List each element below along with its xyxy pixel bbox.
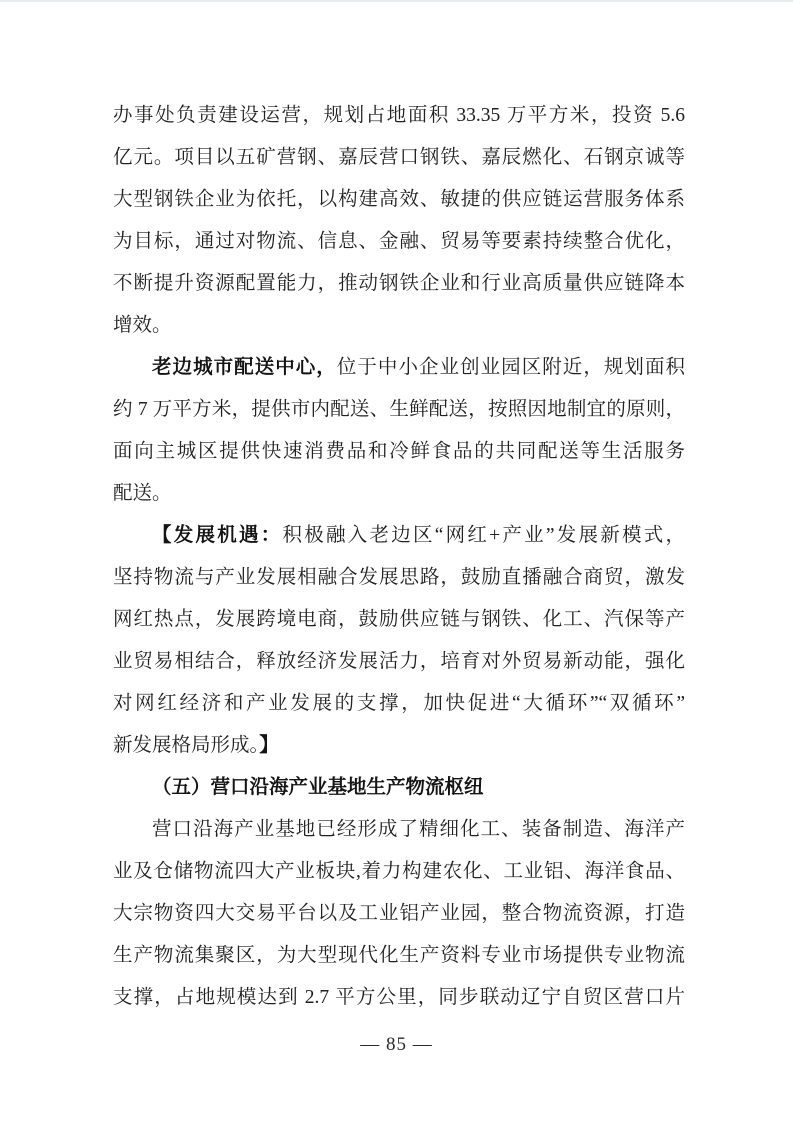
text-line: 老边城市配送中心，位于中小企业创业园区附近，规划面积 (113, 347, 685, 389)
text-line: 办事处负责建设运营，规划占地面积 33.35 万平方米，投资 5.6 (113, 95, 685, 137)
text-line: 配送。 (113, 473, 685, 515)
text-line: 业及仓储物流四大产业板块,着力构建农化、工业铝、海洋食品、 (113, 851, 685, 893)
text-line: 为目标，通过对物流、信息、金融、贸易等要素持续整合优化， (113, 221, 685, 263)
text-line: 营口沿海产业基地已经形成了精细化工、装备制造、海洋产 (113, 809, 685, 851)
line-text: 积极融入老边区“网红+产业”发展新模式， (282, 525, 685, 546)
text-line: 约 7 万平方米，提供市内配送、生鲜配送，按照因地制宜的原则， (113, 389, 685, 431)
line-text: 亿元。项目以五矿营钢、嘉辰营口钢铁、嘉辰燃化、石钢京诚等 (113, 147, 685, 168)
text-line: 网红热点，发展跨境电商，鼓励供应链与钢铁、化工、汽保等产 (113, 599, 685, 641)
text-line: 【发展机遇：积极融入老边区“网红+产业”发展新模式， (113, 515, 685, 557)
line-text: 办事处负责建设运营，规划占地面积 33.35 万平方米，投资 5.6 (113, 105, 685, 126)
line-text: 大宗物资四大交易平台以及工业铝产业园，整合物流资源，打造 (113, 903, 685, 924)
line-text: 位于中小企业创业园区附近，规划面积 (337, 357, 685, 378)
line-text: 约 7 万平方米，提供市内配送、生鲜配送，按照因地制宜的原则， (113, 399, 685, 420)
line-text: 生产物流集聚区，为大型现代化生产资料专业市场提供专业物流 (113, 945, 685, 966)
bold-lead: 【发展机遇： (152, 525, 282, 546)
text-line: 对网红经济和产业发展的支撑，加快促进“大循环”“双循环” (113, 683, 685, 725)
text-line: 大型钢铁企业为依托，以构建高效、敏捷的供应链运营服务体系 (113, 179, 685, 221)
bold-lead: 老边城市配送中心， (152, 357, 337, 378)
line-text: 面向主城区提供快速消费品和冷鲜食品的共同配送等生活服务 (113, 441, 685, 462)
section-heading: （五）营口沿海产业基地生产物流枢纽 (113, 767, 685, 809)
text-line: 面向主城区提供快速消费品和冷鲜食品的共同配送等生活服务 (113, 431, 685, 473)
line-text: 网红热点，发展跨境电商，鼓励供应链与钢铁、化工、汽保等产 (113, 609, 685, 630)
section-heading-text: （五）营口沿海产业基地生产物流枢纽 (152, 777, 484, 798)
line-text: 不断提升资源配置能力，推动钢铁企业和行业高质量供应链降本 (113, 273, 685, 294)
text-line: 业贸易相结合，释放经济发展活力，培育对外贸易新动能，强化 (113, 641, 685, 683)
page-top-edge (0, 0, 793, 2)
text-line: 增效。 (113, 305, 685, 347)
line-text: 增效。 (113, 315, 172, 336)
bold-tail: 】 (259, 735, 279, 756)
document-body: 办事处负责建设运营，规划占地面积 33.35 万平方米，投资 5.6 亿元。项目… (113, 95, 685, 1019)
line-text: 大型钢铁企业为依托，以构建高效、敏捷的供应链运营服务体系 (113, 189, 685, 210)
text-line: 坚持物流与产业发展相融合发展思路，鼓励直播融合商贸，激发 (113, 557, 685, 599)
text-line: 支撑，占地规模达到 2.7 平方公里，同步联动辽宁自贸区营口片 (113, 977, 685, 1019)
line-text: 业贸易相结合，释放经济发展活力，培育对外贸易新动能，强化 (113, 651, 685, 672)
line-text: 坚持物流与产业发展相融合发展思路，鼓励直播融合商贸，激发 (113, 567, 685, 588)
line-text: 新发展格局形成。 (113, 735, 259, 756)
line-text: 支撑，占地规模达到 2.7 平方公里，同步联动辽宁自贸区营口片 (113, 987, 685, 1008)
line-text: 为目标，通过对物流、信息、金融、贸易等要素持续整合优化， (113, 231, 685, 252)
text-line: 亿元。项目以五矿营钢、嘉辰营口钢铁、嘉辰燃化、石钢京诚等 (113, 137, 685, 179)
line-text: 配送。 (113, 483, 172, 504)
line-text: 对网红经济和产业发展的支撑，加快促进“大循环”“双循环” (113, 693, 685, 714)
line-text: 业及仓储物流四大产业板块,着力构建农化、工业铝、海洋食品、 (113, 861, 685, 882)
text-line: 大宗物资四大交易平台以及工业铝产业园，整合物流资源，打造 (113, 893, 685, 935)
text-line: 不断提升资源配置能力，推动钢铁企业和行业高质量供应链降本 (113, 263, 685, 305)
page-number: — 85 — (0, 1033, 793, 1057)
line-text: 营口沿海产业基地已经形成了精细化工、装备制造、海洋产 (152, 819, 685, 840)
text-line: 生产物流集聚区，为大型现代化生产资料专业市场提供专业物流 (113, 935, 685, 977)
text-line: 新发展格局形成。】 (113, 725, 685, 767)
